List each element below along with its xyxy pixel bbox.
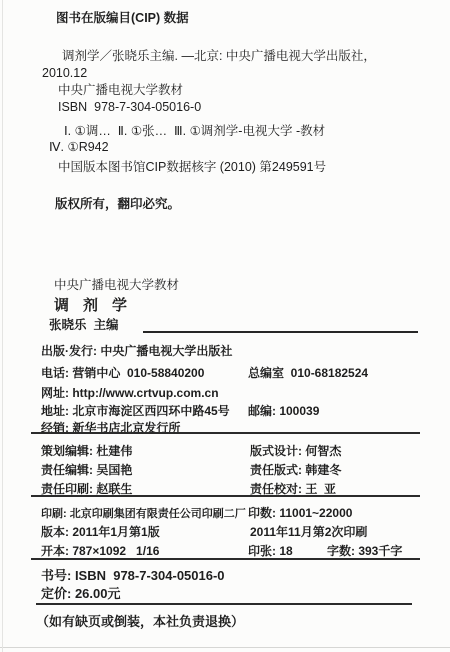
cip-heading: 图书在版编目(CIP) 数据 — [56, 11, 189, 26]
footer-note: （如有缺页或倒装，本社负责退换） — [36, 614, 421, 629]
cip-entry-line-2: 2010.12 — [42, 66, 87, 81]
publisher-row-publish: 出版·发行: 中央广播电视大学出版社 — [41, 344, 426, 359]
row-label-left: 开本: 787×1092 1/16 — [41, 544, 159, 559]
row-value-right: 版式设计: 何智杰 — [250, 444, 341, 459]
row-label-left: 地址: 北京市海淀区西四环中路45号 — [41, 404, 230, 419]
printing-row-printer: 印刷: 北京印刷集团有限责任公司印刷二厂 印数: 11001~22000 — [41, 506, 426, 522]
page-edge-bottom — [0, 647, 450, 648]
row-label-left: 印刷: 北京印刷集团有限责任公司印刷二厂 — [41, 507, 246, 522]
divider — [31, 558, 420, 560]
cip-entry-line-1: 调剂学／张晓乐主编. —北京: 中央广播电视大学出版社， — [62, 49, 376, 64]
publisher-row-phone: 电话: 营销中心 010-58840200 总编室 010-68182524 — [41, 366, 426, 381]
row-value-right: 邮编: 100039 — [248, 404, 319, 419]
divider — [31, 432, 420, 434]
printing-row-edition: 版本: 2011年1月第1版 2011年11月第2次印刷 — [41, 525, 426, 540]
row-label-left: 责任编辑: 吴国艳 — [41, 463, 132, 478]
row-label-left: 策划编辑: 杜建伟 — [41, 444, 132, 459]
price: 定价: 26.00元 — [41, 586, 120, 601]
book-number-row: 书号: ISBN 978-7-304-05016-0 — [41, 568, 426, 583]
divider — [31, 495, 420, 497]
staff-row-1: 策划编辑: 杜建伟 版式设计: 何智杰 — [41, 444, 426, 459]
row-label-left: 电话: 营销中心 010-58840200 — [41, 366, 204, 381]
publisher-row-website: 网址: http://www.crtvup.com.cn — [41, 386, 426, 401]
cip-series: 中央广播电视大学教材 — [58, 83, 183, 98]
page-edge-left — [2, 0, 3, 652]
copyright-page: 图书在版编目(CIP) 数据 调剂学／张晓乐主编. —北京: 中央广播电视大学出… — [0, 0, 450, 652]
printing-row-format: 开本: 787×1092 1/16 印张: 18 字数: 393千字 — [41, 544, 426, 559]
row-value-mid: 印张: 18 — [248, 544, 293, 559]
row-value-right: 印数: 11001~22000 — [248, 506, 352, 521]
book-editor: 张晓乐 主编 — [49, 318, 118, 333]
divider — [36, 603, 412, 605]
cip-classification-line-1: Ⅰ. ①调… Ⅱ. ①张… Ⅲ. ①调剂学-电视大学 -教材 — [64, 124, 325, 139]
publisher-row-address: 地址: 北京市海淀区西四环中路45号 邮编: 100039 — [41, 404, 426, 419]
cip-record-number: 中国版本图书馆CIP数据核字 (2010) 第249591号 — [58, 160, 326, 175]
row-label-left: 出版·发行: 中央广播电视大学出版社 — [41, 344, 232, 359]
row-value-right: 字数: 393千字 — [327, 544, 402, 559]
copyright-notice: 版权所有，翻印必究。 — [55, 197, 180, 212]
book-title: 调剂学 — [54, 294, 141, 315]
staff-row-2: 责任编辑: 吴国艳 责任版式: 韩建冬 — [41, 463, 426, 478]
cip-isbn: ISBN 978-7-304-05016-0 — [58, 100, 201, 115]
row-value-right: 总编室 010-68182524 — [248, 366, 368, 381]
cip-heading-text: 图书在版编目(CIP) 数据 — [56, 11, 189, 26]
row-value-right: 责任版式: 韩建冬 — [250, 463, 341, 478]
book-number: 书号: ISBN 978-7-304-05016-0 — [41, 568, 225, 583]
price-row: 定价: 26.00元 — [41, 586, 426, 601]
editor-underline — [143, 331, 418, 333]
row-label-left: 网址: http://www.crtvup.com.cn — [41, 386, 219, 401]
row-value-right: 2011年11月第2次印刷 — [250, 525, 367, 540]
book-series: 中央广播电视大学教材 — [54, 278, 179, 293]
row-label-left: 版本: 2011年1月第1版 — [41, 525, 160, 540]
cip-classification-line-2: Ⅳ. ①R942 — [49, 140, 109, 155]
